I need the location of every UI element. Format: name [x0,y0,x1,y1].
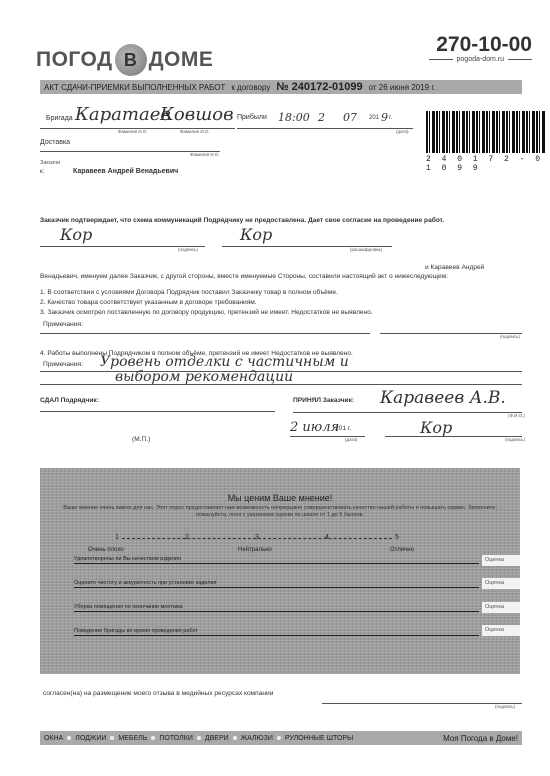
bullet-icon [110,736,114,740]
notes-2-handwriting-1: Уровень отделки с частичным и [100,354,349,370]
delivered-by-line [40,411,275,412]
accepted-by-signature: Каравеев А.В. [380,388,506,408]
accepted-by-label: ПРИНЯЛ Заказчик: [293,397,354,404]
survey-intro: Ваше мнение очень важно для нас. Этот оп… [60,505,500,519]
delivery-sub: Фамилия И.О. [190,152,220,157]
barcode [426,111,546,153]
bullet-icon [233,736,237,740]
sign-sub-1: (подпись) [178,247,198,252]
divider [429,59,453,60]
website: pogoda-dom.ru [429,56,532,63]
preamble-tail: и Каравеев Андрей [425,264,484,271]
footer-product-bar: ОКНА ЛОДЖИИ МЕБЕЛЬ ПОТОЛКИ ДВЕРИ ЖАЛЮЗИ … [40,731,522,745]
survey-question: Уборка помещения по окончании монтажа [74,604,479,612]
logo-text-right: ДОМЕ [149,48,214,72]
arrived-label: Прибыли [237,114,267,121]
notes-1-label: Примечания: [43,321,83,328]
delivery-label: Доставка [40,139,70,146]
logo-text-mid: В [124,50,138,70]
accept-date-print: 201 г. [335,425,351,432]
document-title: АКТ СДАЧИ-ПРИЕМКИ ВЫПОЛНЕННЫХ РАБОТ [44,83,225,92]
company-logo: ПОГОД В ДОМЕ [36,44,213,76]
fio-sub: (Ф.И.О.) [508,413,525,418]
accept-sign-sub: (подпись) [505,437,525,442]
bullet-icon [277,736,281,740]
accepted-by-line [293,412,522,413]
website-url: pogoda-dom.ru [457,56,504,63]
phone-number: 270-10-00 [436,33,532,57]
footer-item: РУЛОННЫЕ ШТОРЫ [285,735,353,742]
accept-date-sub: (дата) [345,437,358,442]
crew-sub-2: Фамилия И.О. [180,129,210,134]
year-suffix: г. [389,115,392,121]
bullet-icon [151,736,155,740]
logo-text-left: ПОГОД [36,48,113,72]
accept-signature: Кор [420,418,452,437]
bullet-icon [197,736,201,740]
date-sub: (дата) [396,129,409,134]
barcode-number: 2 4 0 1 7 2 - 0 1 0 9 9 [426,155,550,173]
contract-ref: к договору [231,83,270,92]
arrived-day: 2 [318,111,325,124]
contract-date: от 26 июня 2019 г. [369,83,436,92]
scale-5: 5 [395,534,399,541]
scale-line [122,538,392,539]
arrived-month: 07 [343,111,357,124]
bullet-icon [67,736,71,740]
document-title-bar: АКТ СДАЧИ-ПРИЕМКИ ВЫПОЛНЕННЫХ РАБОТ к до… [40,80,522,94]
delivered-by-label: СДАЛ Подрядчик: [40,397,99,404]
survey-question: Оцените чистоту и аккуратность при устан… [74,580,479,588]
scale-1: 1 [115,534,119,541]
footer-item: ПОТОЛКИ [159,735,193,742]
clause-3: 3. Заказчик осмотрел поставленную по дог… [40,309,373,316]
crew-sub-1: Фамилия И.О. [118,129,148,134]
survey-question: Удовлетворены ли Вы качеством изделия [74,556,479,564]
footer-item: ДВЕРИ [205,735,229,742]
rating-field[interactable]: Оценка [482,555,520,566]
notes-1-sub: (подпись) [500,334,520,339]
survey-question: Поведение бригады во время проведения ра… [74,628,479,636]
arrived-year-prefix: 201 [369,115,379,121]
rating-field[interactable]: Оценка [482,602,520,613]
notes-2-handwriting-2: выбором рекомендаций [115,369,293,385]
crew-signature-2: Ковшов [160,104,234,125]
stamp-placeholder: (М.П.) [132,436,150,443]
accept-sign-line [385,436,522,437]
confirmation-text: Заказчик подтверждает, что схема коммуни… [40,217,444,224]
globe-icon: В [115,44,147,76]
confirmation-signature-1: Кор [60,225,92,244]
accept-date-hand: 2 июля [290,420,339,435]
notes-2-label: Примечания: [43,361,83,368]
customer-label-1: Заказчи [40,160,60,166]
clause-2: 2. Качество товара соответствует указанн… [40,299,257,306]
preamble-text: Венадьевич, именуем далее Заказчик, с др… [40,273,448,280]
rating-field[interactable]: Оценка [482,625,520,636]
survey-title: Мы ценим Ваше мнение! [40,493,520,503]
divider [508,59,532,60]
notes-1-line [40,333,370,334]
feedback-survey: Мы ценим Ваше мнение! Ваше мнение очень … [40,468,520,674]
contract-number: № 240172-01099 [276,81,362,93]
footer-item: ОКНА [44,735,63,742]
footer-slogan: Моя Погода в Доме! [443,734,518,743]
scale-label-excellent: Отлично [390,547,414,553]
crew-signature-1: Каратаев [75,104,171,125]
consent-sub: (подпись) [495,704,515,709]
rating-field[interactable]: Оценка [482,578,520,589]
crew-label: Бригада [46,115,73,122]
consent-line [322,703,522,704]
scale-label-neutral: Нейтрально [238,547,272,553]
customer-label-2: к: [40,169,44,175]
scale-label-bad: Очень плохо [88,547,124,553]
customer-name: Каравеев Андрей Венадьевич [73,168,178,175]
footer-item: ЖАЛЮЗИ [241,735,273,742]
consent-text: согласен(на) на размещение моего отзыва … [43,690,273,697]
clause-1: 1. В соответствии с условиями Договора П… [40,289,338,296]
notes-2-line-2 [40,384,522,385]
arrived-line [237,128,413,129]
confirmation-signature-2: Кор [240,225,272,244]
footer-item: МЕБЕЛЬ [118,735,147,742]
arrived-time: 18:00 [278,111,310,124]
arrived-year-suffix: 9 [381,111,388,124]
footer-item: ЛОДЖИИ [75,735,106,742]
decode-sub: (расшифровка) [350,247,382,252]
